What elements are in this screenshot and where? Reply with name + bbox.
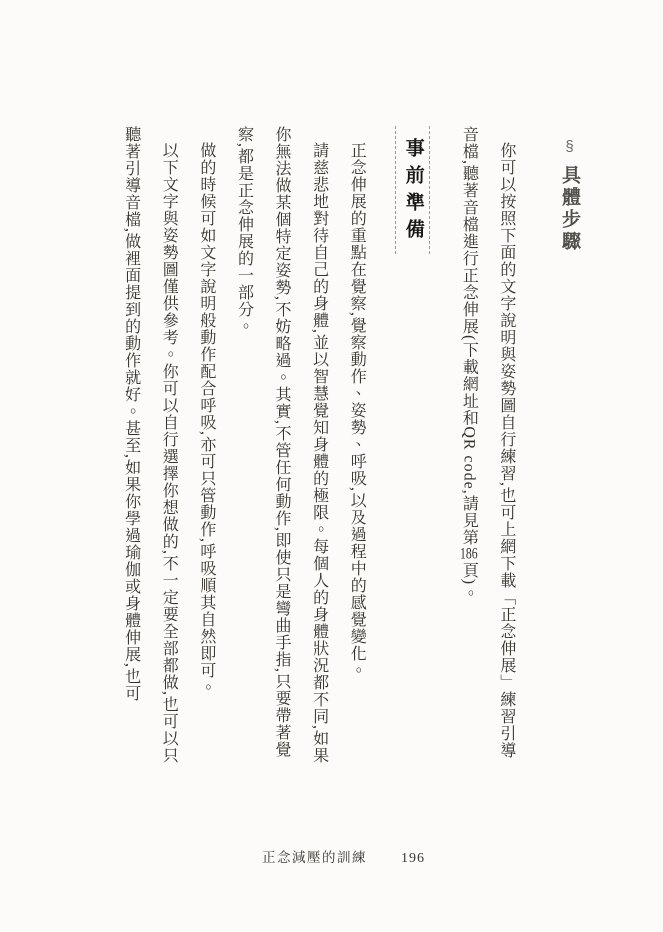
intro-paragraph: 你可以按照下面的文字說明與姿勢圖自行練習,也可上網下載「正念伸展」練習引導音檔,… xyxy=(450,126,525,766)
page-number: 196 xyxy=(401,851,425,867)
subsection-label: 事前準備 xyxy=(395,126,430,254)
running-title: 正念減壓的訓練 xyxy=(262,846,367,866)
page-footer: 正念減壓的訓練 196 xyxy=(262,846,425,867)
body-paragraph: 請慈悲地對待自己的身體,並以智慧覺知身體的極限。每個人的身體狀況都不同,如果你無… xyxy=(225,126,338,766)
section-title: 具體步驟 xyxy=(559,165,580,253)
ornament-icon: § xyxy=(555,138,584,158)
book-page: §具體步驟 你可以按照下面的文字說明與姿勢圖自行練習,也可上網下載「正念伸展」練… xyxy=(0,0,663,932)
page-content: §具體步驟 你可以按照下面的文字說明與姿勢圖自行練習,也可上網下載「正念伸展」練… xyxy=(112,126,587,766)
body-paragraph: 以下文字與姿勢圖僅供參考。你可以自行選擇你想做的,不一定要全部都做,也可以只聽著… xyxy=(112,126,187,766)
body-paragraph: 做的時候可如文字說明般動作配合呼吸,亦可只管動作,呼吸順其自然即可。 xyxy=(187,126,225,766)
body-paragraph: 正念伸展的重點在覺察,覺察動作、姿勢、呼吸,以及過程中的感覺變化。 xyxy=(338,126,376,766)
section-header: §具體步驟 xyxy=(551,126,587,766)
